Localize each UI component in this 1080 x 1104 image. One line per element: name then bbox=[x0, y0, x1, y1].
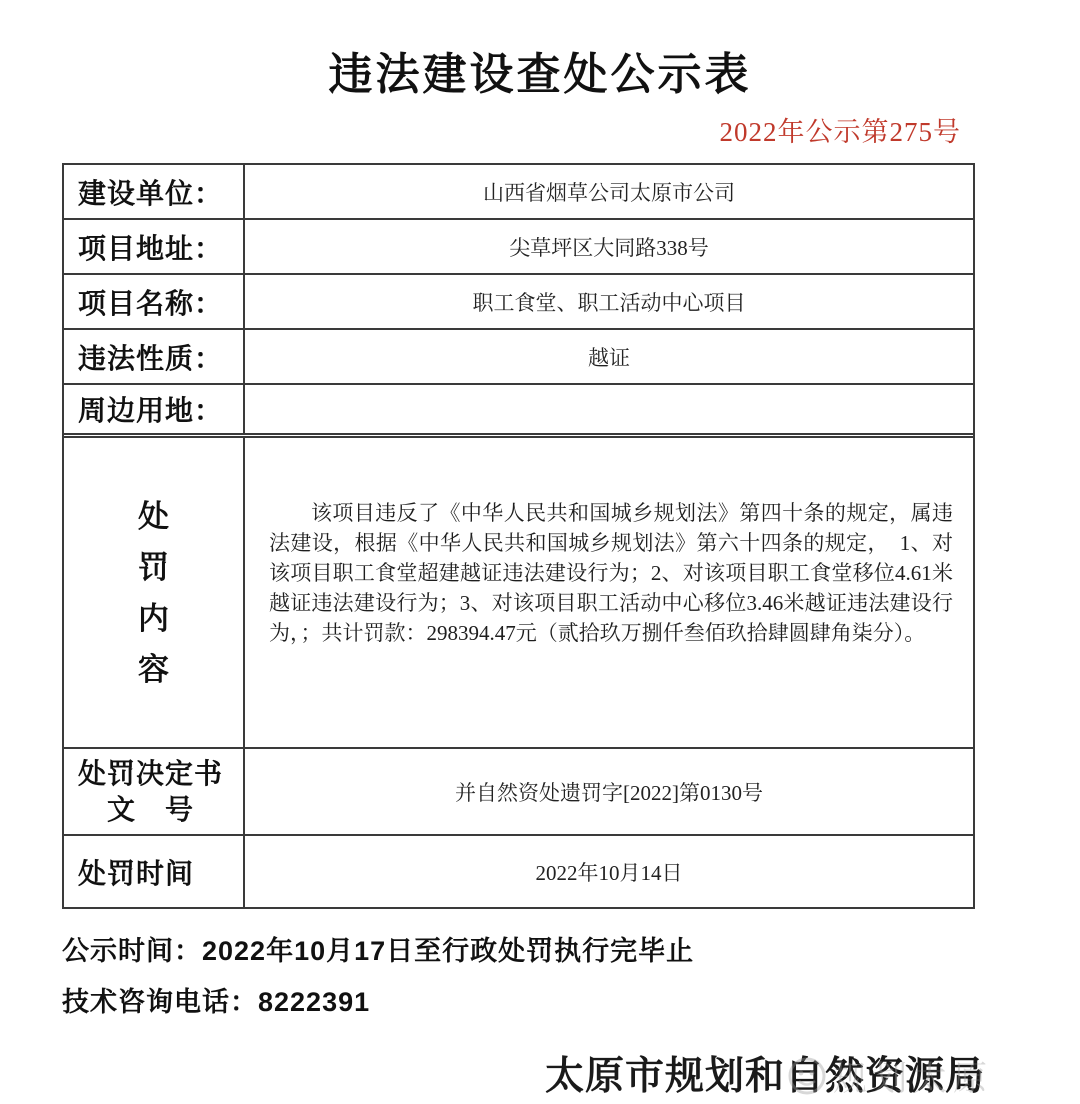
penalty-label-char: 内 bbox=[138, 593, 169, 644]
agency-row: 太原市规划和自然资源局 规划太原 bbox=[62, 1045, 985, 1104]
decision-number-value: 并自然资处遗罚字[2022]第0130号 bbox=[245, 749, 973, 834]
row-value: 越证 bbox=[245, 330, 973, 383]
penalty-content-cell: 该项目违反了《中华人民共和国城乡规划法》第四十条的规定，属违法建设，根据《中华人… bbox=[245, 438, 973, 747]
row-value: 山西省烟草公司太原市公司 bbox=[245, 165, 973, 218]
penalty-label-vertical: 处 罚 内 容 bbox=[64, 438, 245, 747]
table-row-penalty-time: 处罚时间 2022年10月14日 bbox=[64, 836, 973, 907]
notice-document: 违法建设查处公示表 2022年公示第275号 建设单位： 山西省烟草公司太原市公… bbox=[0, 0, 1080, 1104]
consult-phone-line: 技术咨询电话：8222391 bbox=[62, 980, 1080, 1019]
row-label: 项目名称： bbox=[64, 275, 245, 328]
row-label: 建设单位： bbox=[64, 165, 245, 218]
row-label: 违法性质： bbox=[64, 330, 245, 383]
agency-name: 太原市规划和自然资源局 bbox=[545, 1055, 985, 1098]
decision-label: 处罚决定书 文 号 bbox=[64, 749, 245, 834]
penalty-time-value: 2022年10月14日 bbox=[245, 836, 973, 907]
table-row-construction-unit: 建设单位： 山西省烟草公司太原市公司 bbox=[64, 165, 973, 220]
notice-period-line: 公示时间：2022年10月17日至行政处罚执行完毕止 bbox=[62, 929, 1080, 968]
table-row-project-name: 项目名称： 职工食堂、职工活动中心项目 bbox=[64, 275, 973, 330]
table-row-decision-number: 处罚决定书 文 号 并自然资处遗罚字[2022]第0130号 bbox=[64, 749, 973, 836]
penalty-label-char: 罚 bbox=[138, 542, 169, 593]
row-value: 尖草坪区大同路338号 bbox=[245, 220, 973, 273]
penalty-label-char: 处 bbox=[138, 491, 169, 542]
table-row-penalty-content: 处 罚 内 容 该项目违反了《中华人民共和国城乡规划法》第四十条的规定，属违法建… bbox=[64, 438, 973, 749]
penalty-label-char: 容 bbox=[138, 644, 169, 695]
row-value: 职工食堂、职工活动中心项目 bbox=[245, 275, 973, 328]
decision-label-line1: 处罚决定书 bbox=[78, 756, 223, 792]
decision-label-line2: 文 号 bbox=[78, 792, 223, 828]
notice-table: 建设单位： 山西省烟草公司太原市公司 项目地址： 尖草坪区大同路338号 项目名… bbox=[62, 163, 975, 909]
row-value bbox=[245, 385, 973, 433]
penalty-content-text: 该项目违反了《中华人民共和国城乡规划法》第四十条的规定，属违法建设，根据《中华人… bbox=[269, 498, 953, 648]
page-title: 违法建设查处公示表 bbox=[0, 0, 1080, 102]
time-label: 处罚时间 bbox=[64, 836, 245, 907]
table-row-surrounding-land: 周边用地： bbox=[64, 385, 973, 438]
table-row-project-address: 项目地址： 尖草坪区大同路338号 bbox=[64, 220, 973, 275]
table-row-violation-nature: 违法性质： 越证 bbox=[64, 330, 973, 385]
doc-number: 2022年公示第275号 bbox=[0, 110, 975, 149]
footer: 公示时间：2022年10月17日至行政处罚执行完毕止 技术咨询电话：822239… bbox=[62, 929, 1080, 1104]
row-label: 项目地址： bbox=[64, 220, 245, 273]
row-label: 周边用地： bbox=[64, 385, 245, 433]
